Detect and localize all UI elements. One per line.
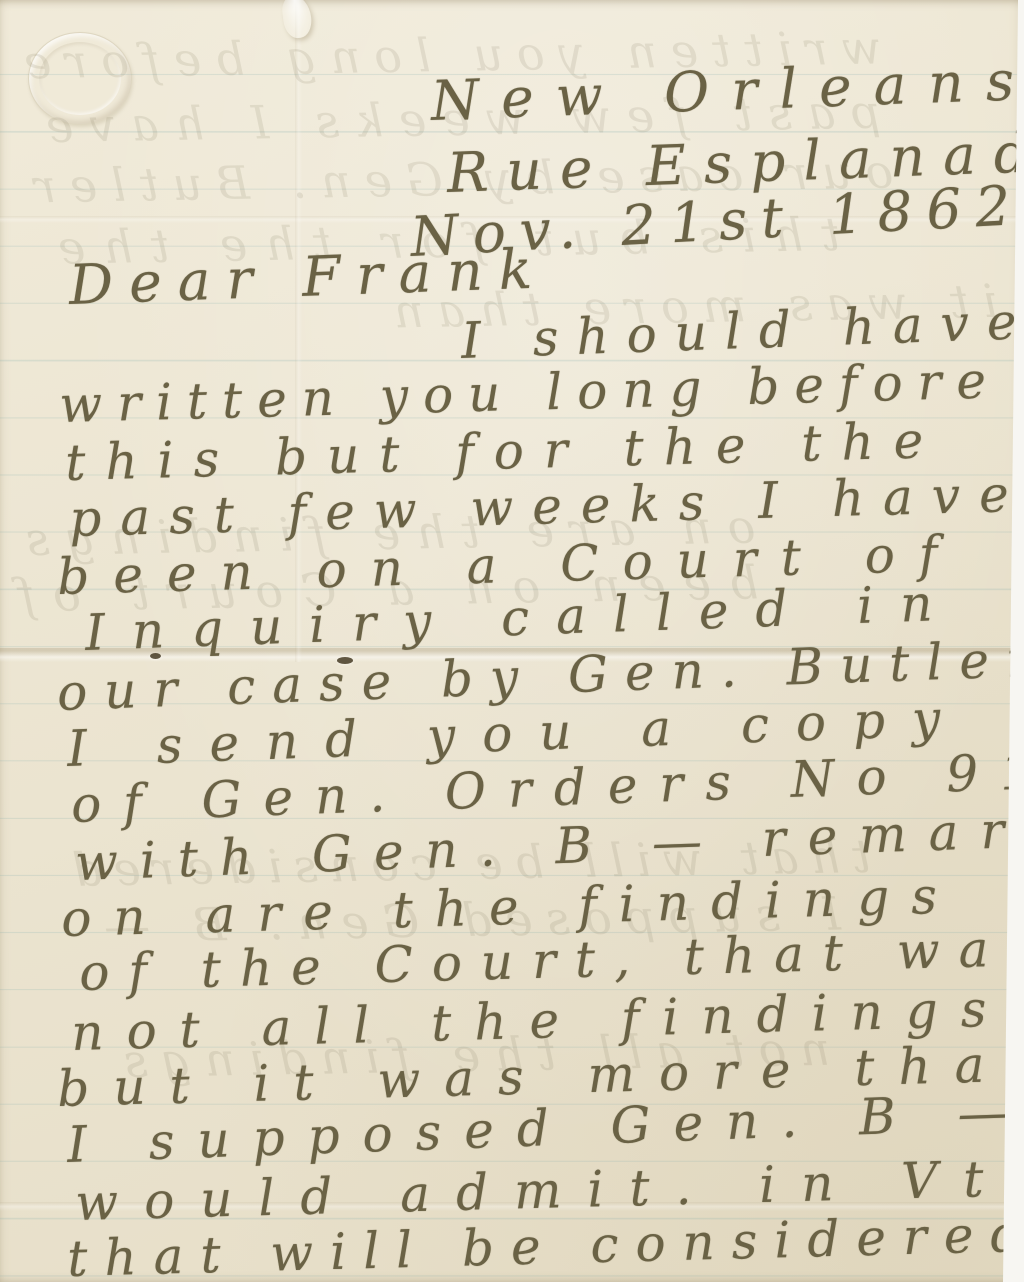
letter-paper: written you long before past few weeks I… xyxy=(0,0,1024,1282)
salutation: Dear Frank xyxy=(68,241,549,313)
embossed-seal xyxy=(28,32,132,125)
embossed-seal-inner-ring xyxy=(39,42,121,115)
letter-scan: written you long before past few weeks I… xyxy=(0,0,1024,1282)
paper-tear xyxy=(281,0,314,40)
heading-city: New Orleans xyxy=(430,53,1024,129)
